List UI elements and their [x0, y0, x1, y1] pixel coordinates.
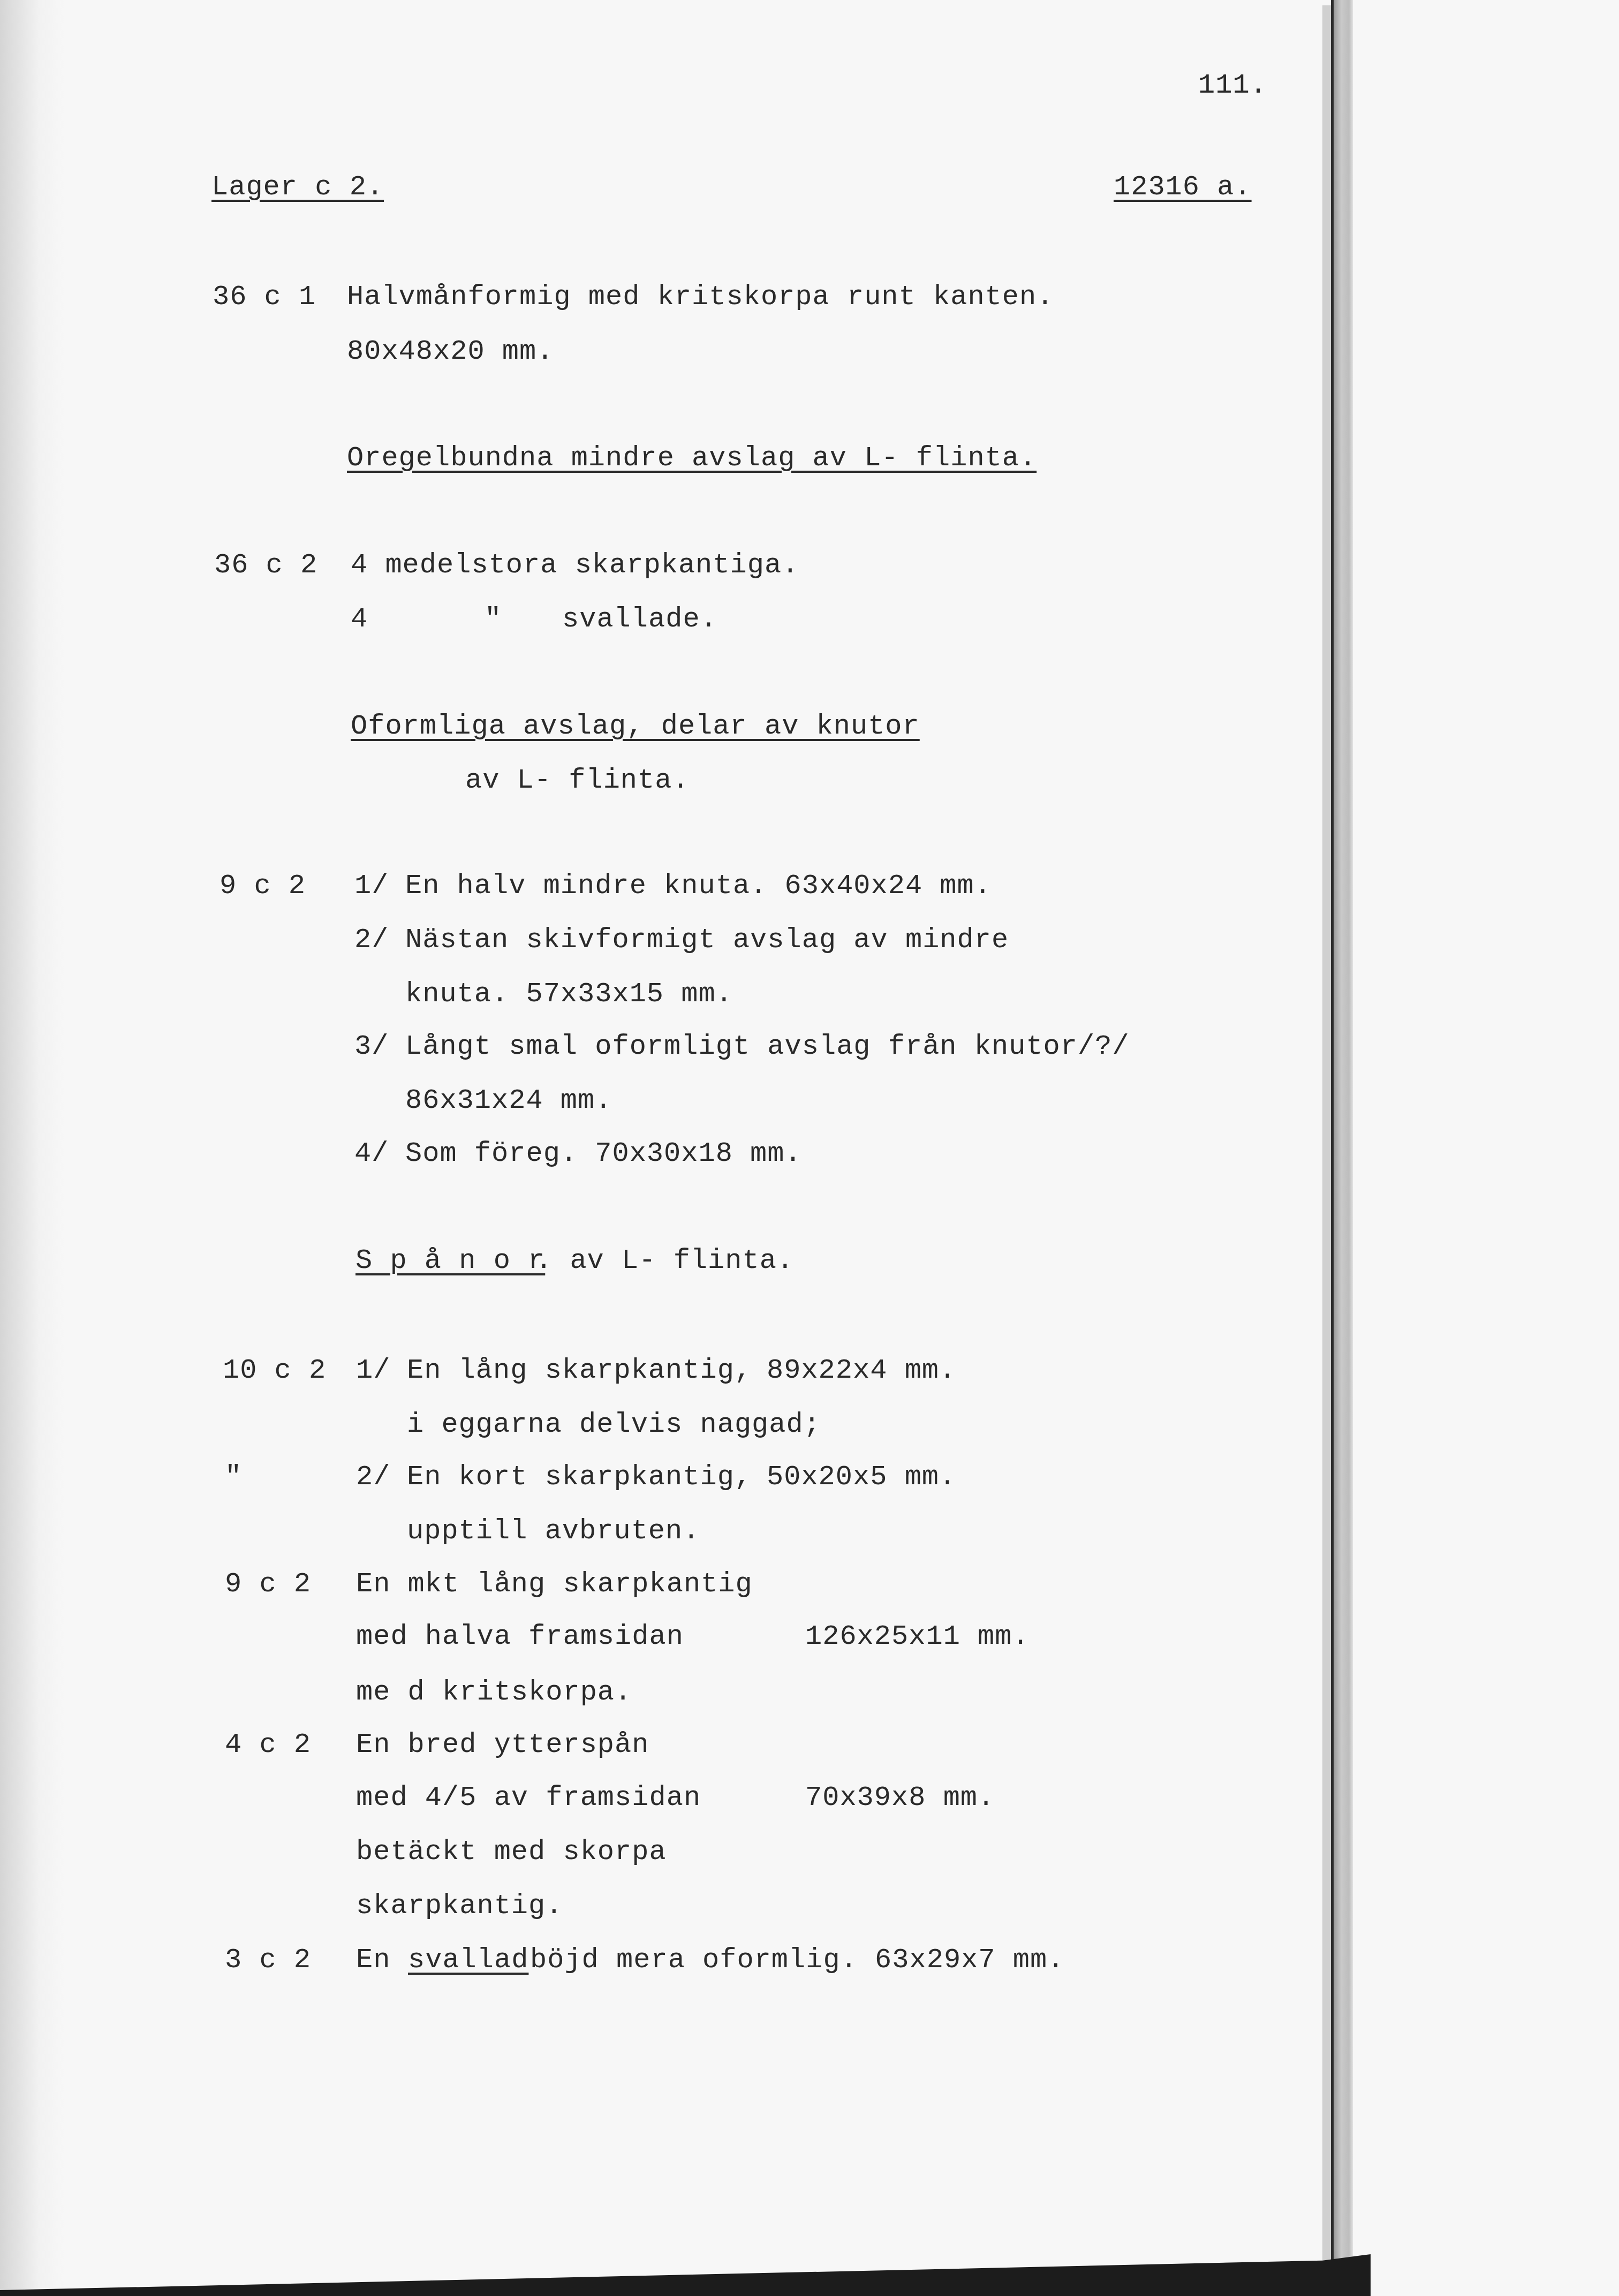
entry-text: Halvmånformig med kritskorpa runt kanten… [347, 281, 1054, 313]
entry-text: 80x48x20 mm. [347, 336, 554, 368]
section-heading: Oformliga avslag, delar av knutor [351, 711, 920, 743]
entry-text: En [356, 1944, 390, 1976]
item-number: 1/ [354, 870, 389, 902]
entry-dimensions: 70x39x8 mm. [805, 1782, 995, 1814]
section-heading-rest: . av L- flinta. [535, 1245, 794, 1277]
entry-id: 10 c 2 [223, 1355, 326, 1387]
entry-text: En mkt lång skarpkantig [356, 1568, 753, 1600]
entry-text: 86x31x24 mm. [405, 1085, 612, 1117]
entry-id: 36 c 2 [214, 549, 317, 581]
item-number: 3/ [354, 1031, 389, 1063]
section-heading: Oregelbundna mindre avslag av L- flinta. [347, 442, 1037, 474]
entry-text: skarpkantig. [356, 1890, 563, 1922]
entry-text: Som föreg. 70x30x18 mm. [405, 1138, 802, 1170]
entry-text: knuta. 57x33x15 mm. [405, 978, 733, 1010]
entry-id: 4 c 2 [225, 1729, 311, 1761]
entry-text: En kort skarpkantig, [407, 1461, 752, 1493]
ditto-mark: " [225, 1461, 242, 1493]
entry-id: 36 c 1 [213, 281, 316, 313]
entry-text: upptill avbruten. [407, 1515, 700, 1547]
entry-text: me d kritskorpa. [356, 1676, 632, 1709]
entry-text-underlined: svallad [408, 1944, 528, 1976]
page-number: 111. [1198, 70, 1267, 102]
item-number: 4/ [354, 1138, 389, 1170]
entry-text: 4 [351, 603, 368, 636]
scan-bottom-edge [0, 2254, 1371, 2296]
page-edge-stack [1334, 0, 1353, 2265]
entry-text: med 4/5 av framsidan [356, 1782, 701, 1814]
entry-text: Långt smal oformligt avslag från knutor/… [405, 1031, 1130, 1063]
section-heading-spaced: S p å n o r [355, 1245, 545, 1277]
item-number: 1/ [356, 1355, 390, 1387]
item-number: 2/ [356, 1461, 390, 1493]
entry-text: böjd mera oformlig. 63x29x7 mm. [530, 1944, 1064, 1976]
entry-id: 3 c 2 [225, 1944, 311, 1976]
entry-dimensions: 89x22x4 mm. [767, 1355, 956, 1387]
scan-shading [0, 0, 64, 2296]
entry-id: 9 c 2 [225, 1568, 311, 1600]
entry-text: Nästan skivformigt avslag av mindre [405, 924, 1009, 956]
entry-text: med halva framsidan [356, 1621, 684, 1653]
entry-text: En lång skarpkantig, [407, 1355, 752, 1387]
entry-text: i eggarna delvis naggad; [407, 1409, 821, 1441]
entry-text: betäckt med skorpa [356, 1836, 667, 1868]
item-number: 2/ [354, 924, 389, 956]
entry-id: 9 c 2 [220, 870, 306, 902]
entry-text: 4 medelstora skarpkantiga. [351, 549, 799, 581]
catalog-number: 12316 a. [1114, 171, 1252, 203]
entry-text: svallade. [562, 603, 717, 636]
entry-dimensions: 126x25x11 mm. [805, 1621, 1030, 1653]
entry-text: En halv mindre knuta. 63x40x24 mm. [405, 870, 992, 902]
ditto-mark: " [485, 603, 502, 636]
layer-heading: Lager c 2. [211, 171, 384, 203]
page-edge-shadow [1322, 5, 1331, 2265]
entry-text: En bred ytterspån [356, 1729, 649, 1761]
entry-dimensions: 50x20x5 mm. [767, 1461, 956, 1493]
section-subheading: av L- flinta. [465, 765, 690, 797]
